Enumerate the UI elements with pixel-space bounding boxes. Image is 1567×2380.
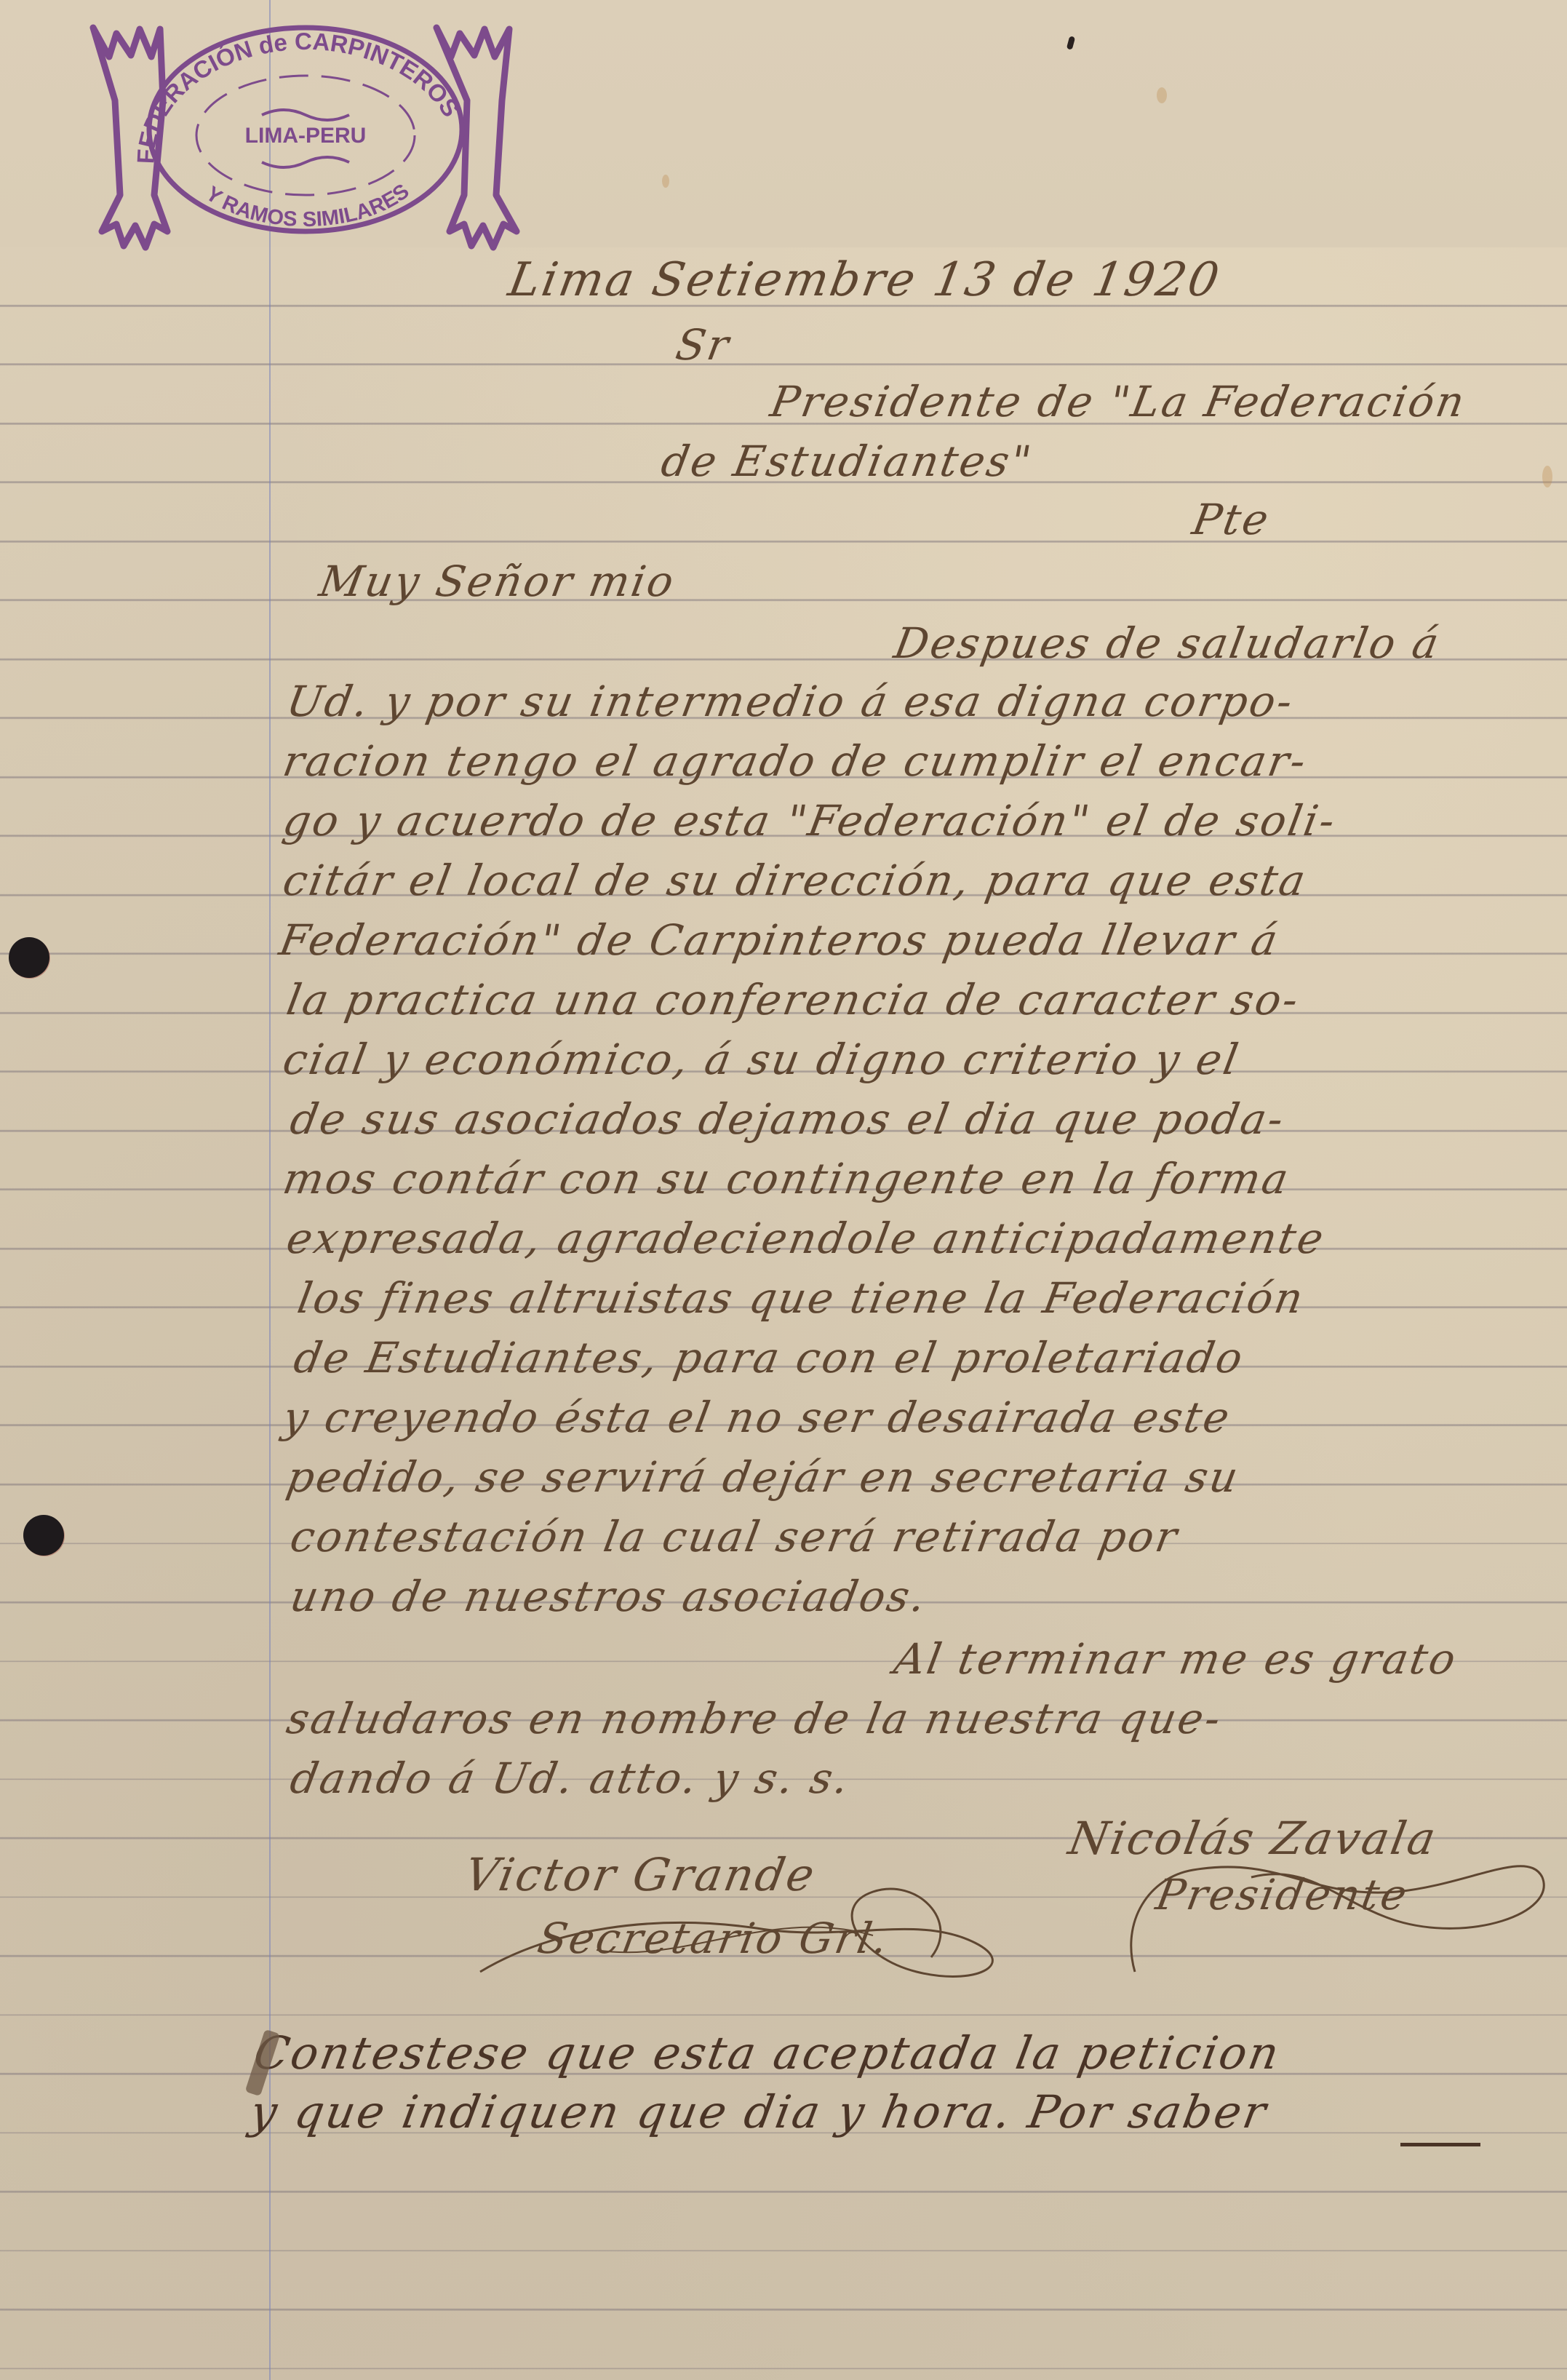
paper-stain (1157, 87, 1167, 103)
recipient-line-2: de Estudiantes" (658, 437, 1037, 486)
body-line: Despues de saludarlo á (890, 618, 1445, 668)
svg-text:LIMA-PERU: LIMA-PERU (245, 124, 367, 148)
secretary-signature: Victor Grande (461, 1848, 821, 1901)
body-line: de Estudiantes, para con el proletariado (290, 1333, 1248, 1382)
body-line: y creyendo ésta el no ser desairada este (279, 1393, 1235, 1442)
body-line: pedido, se servirá dejár en secretaria s… (283, 1452, 1244, 1502)
body-line: cial y económico, á su digno criterio y … (279, 1035, 1244, 1084)
recipient-location: Pte (1189, 495, 1275, 544)
stamp-emblem-icon: FEDERACIÓN de CARPINTEROS Y RAMOS SIMILA… (87, 13, 531, 253)
federation-stamp: FEDERACIÓN de CARPINTEROS Y RAMOS SIMILA… (87, 13, 531, 253)
body-line: los fines altruistas que tiene la Federa… (294, 1273, 1309, 1323)
recipient-line-1: Presidente de "La Federación (767, 377, 1470, 426)
letter-page: FEDERACIÓN de CARPINTEROS Y RAMOS SIMILA… (0, 0, 1567, 2380)
body-line: de sus asociados dejamos el dia que poda… (287, 1094, 1289, 1144)
body-line: expresada, agradeciendole anticipadament… (283, 1214, 1329, 1263)
paper-stain (1542, 466, 1552, 487)
secretary-title: Secretario Grl. (534, 1914, 893, 1963)
annotation-line: Contestese que esta aceptada la peticion (250, 2026, 1285, 2079)
salutation-prefix: Sr (672, 320, 734, 370)
svg-text:Y RAMOS SIMILARES: Y RAMOS SIMILARES (202, 180, 414, 231)
punch-hole-icon (9, 937, 49, 978)
body-line: mos contár con su contingente en la form… (279, 1154, 1294, 1203)
president-signature: Nicolás Zavala (1065, 1812, 1442, 1865)
underline-mark (1400, 2143, 1480, 2146)
body-line: Ud. y por su intermedio á esa digna corp… (283, 677, 1299, 726)
body-line: racion tengo el agrado de cumplir el enc… (279, 736, 1312, 786)
body-line: go y acuerdo de esta "Federación" el de … (279, 796, 1341, 845)
body-line: Federación" de Carpinteros pueda llevar … (276, 915, 1283, 965)
paper-stain (662, 175, 669, 188)
president-title: Presidente (1152, 1870, 1413, 1919)
closing-line: Al terminar me es grato (890, 1634, 1462, 1684)
margin-line (269, 0, 271, 2380)
body-line: uno de nuestros asociados. (287, 1572, 931, 1621)
closing-line: saludaros en nombre de la nuestra que- (283, 1694, 1227, 1743)
body-line: citár el local de su dirección, para que… (279, 856, 1311, 905)
greeting: Muy Señor mio (316, 557, 679, 606)
body-line: contestación la cual será retirada por (287, 1512, 1183, 1561)
annotation-line: y que indiquen que dia y hora. Por saber (247, 2085, 1272, 2138)
body-line: la practica una conferencia de caracter … (283, 975, 1304, 1024)
place-date: Lima Setiembre 13 de 1920 (504, 253, 1224, 307)
punch-hole-icon (23, 1515, 64, 1556)
closing-line: dando á Ud. atto. y s. s. (287, 1754, 854, 1803)
